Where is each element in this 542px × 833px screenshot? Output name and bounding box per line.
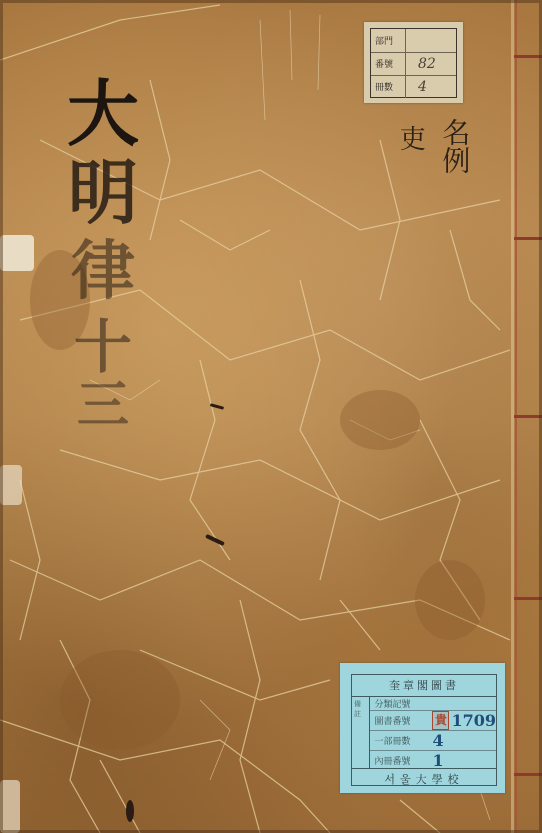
remarks-label: 備註	[352, 697, 370, 768]
label-row: 內冊番號 1	[370, 751, 496, 770]
label-key: 部門	[371, 29, 406, 52]
paper-tear	[0, 465, 22, 505]
shelf-label-top: 部門 番號 82 冊數 4	[364, 22, 463, 103]
label-value: 4	[406, 79, 456, 95]
paper-tear	[0, 780, 20, 833]
label-key: 番號	[371, 52, 406, 75]
binding-stitch	[514, 237, 542, 240]
label-key: 圖書番號	[374, 714, 432, 727]
title-char: 大	[67, 78, 139, 150]
title-char: 三	[77, 380, 129, 432]
title-char: 十	[74, 318, 132, 376]
label-key: 冊數	[371, 75, 406, 98]
binding-stitch	[514, 55, 542, 58]
label-row: 一部冊數 4	[370, 731, 496, 751]
label-value: 1709	[451, 711, 496, 730]
label-value: 82	[406, 56, 456, 72]
title-char: 明	[68, 158, 138, 228]
university-name: 서울大學校	[352, 769, 496, 790]
binding-stitch	[514, 773, 542, 776]
binding-stitch	[514, 597, 542, 600]
label-row: 分類記號	[370, 697, 496, 711]
library-label-bottom: 奎章閣圖書 備註 分類記號 圖書番號 貴 1709 一部冊數 4	[340, 663, 505, 793]
ink-mark	[126, 800, 134, 822]
title-char: 律	[71, 240, 135, 304]
book-cover: 大 明 律 十 三 名例 吏 部門 番號 82 冊數 4 奎章閣圖書 備註	[0, 0, 542, 833]
side-inscription-left: 吏	[396, 125, 423, 151]
binding-stitch	[514, 415, 542, 418]
library-name: 奎章閣圖書	[352, 675, 496, 697]
paper-tear	[0, 235, 34, 271]
label-key: 一部冊數	[374, 734, 432, 747]
label-key: 內冊番號	[374, 754, 432, 767]
label-key: 分類記號	[374, 697, 432, 710]
red-seal-stamp: 貴	[432, 711, 449, 730]
calligraphy-title: 大 明 律 十 三	[48, 78, 158, 432]
side-inscription-right: 名例	[440, 118, 469, 174]
label-value: 4	[432, 731, 443, 750]
label-row: 圖書番號 貴 1709	[370, 711, 496, 731]
label-value: 1	[432, 751, 443, 770]
